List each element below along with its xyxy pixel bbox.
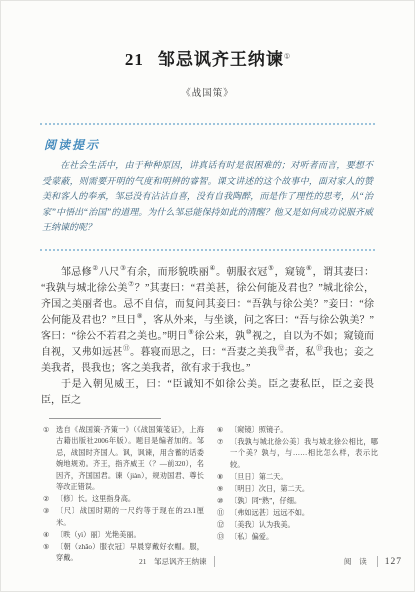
footnote-text: 选自《战国策·齐策一》（《战国策笺证》，上海古籍出版社2006年版）。题目是编者… [56,426,204,492]
footnote-ref: ② [92,265,99,272]
footnote-number: ⑪ [217,508,224,520]
footnote-item: ③〔尺〕战国时期的一尺约等于现在的23.1厘米。 [43,506,204,529]
footnote-ref: ⑧ [136,313,143,320]
footnote-item: ②〔修〕长。这里指身高。 [43,494,204,506]
footnote-number: ③ [43,506,49,518]
footnote-number: ⑫ [217,520,224,532]
footnote-item: ⑥〔窥镜〕照镜子。 [217,425,378,437]
text-paragraph-2: 于是入朝见威王，曰：“臣诚知不如徐公美。臣之妻私臣，臣之妾畏臣，臣之 [41,377,374,409]
footer-section-label: 阅 读 [344,556,370,567]
page-number: 127 [385,557,402,567]
footnote-item: ⑫〔美我〕认为我美。 [217,520,378,532]
footnote-item: ⑬〔私〕偏爱。 [217,532,378,544]
footnote-item: ⑨〔明日〕次日，第二天。 [217,484,378,496]
footnote-item: ⑦〔我孰与城北徐公美〕我与城北徐公相比，哪一个美？孰与，与……相比怎么样，表示比… [217,437,378,472]
footnote-item: ①选自《战国策·齐策一》（《战国策笺证》，上海古籍出版社2006年版）。题目是编… [43,425,204,494]
footnote-number: ④ [43,530,49,542]
footnote-number: ⑥ [217,425,223,437]
footnote-column-left: ①选自《战国策·齐策一》（《战国策笺证》，上海古籍出版社2006年版）。题目是编… [43,425,204,566]
footnote-text: 〔孰〕同“熟”，仔细。 [230,497,301,505]
page-title: 21邹忌讽齐王纳谏① [1,45,414,70]
footnote-text: 〔明日〕次日，第二天。 [230,485,309,493]
footnote-text: 〔私〕偏爱。 [230,533,273,541]
footnote-ref: ⑬ [316,345,324,352]
reading-hint-heading: 阅读提示 [44,136,373,153]
footnote-item: ④〔昳（yì）丽〕光艳美丽。 [43,530,204,542]
footnote-item: ⑩〔孰〕同“熟”，仔细。 [217,496,378,508]
footnotes: ①选自《战国策·齐策一》（《战国策笺证》，上海古籍出版社2006年版）。题目是编… [43,425,378,566]
footnote-item: ⑧〔旦日〕第二天。 [217,472,378,484]
footnote-text: 〔尺〕战国时期的一尺约等于现在的23.1厘米。 [56,507,204,527]
footnote-ref: ⑦ [128,281,135,288]
footnote-text: 〔修〕长。这里指身高。 [56,495,135,503]
footnote-number: ⑩ [217,496,223,508]
lesson-title: 邹忌讽齐王纳谏 [158,50,284,69]
footnote-number: ⑦ [217,437,223,449]
footer-section-group: 阅 读 127 [344,556,402,567]
lesson-number: 21 [125,50,144,69]
footnote-ref: ⑪ [122,345,130,352]
footnote-ref: ⑫ [277,345,285,352]
footnote-ref: ⑩ [245,329,252,336]
reading-hint-body: 在社会生活中，由于种种原因，讲真话有时是很困难的；对听者而言，要想不受蒙蔽，则需… [42,158,373,236]
footnote-number: ② [43,494,49,506]
footnote-number: ① [43,425,49,437]
footnote-ref: ⑥ [306,265,313,272]
reading-hint-box: 阅读提示 在社会生活中，由于种种原因，讲真话有时是很困难的；对听者而言，要想不受… [40,123,375,251]
text-source: 《战国策》 [1,85,414,99]
footnote-text: 〔窥镜〕照镜子。 [230,426,288,434]
footnote-number: ⑧ [217,472,223,484]
footer-lesson-label: 21 邹忌讽齐王纳谏 [139,556,207,567]
footnote-item: ⑪〔弗如远甚〕远远不如。 [217,508,378,520]
footnote-text: 〔美我〕认为我美。 [230,521,295,529]
footnote-text: 〔昳（yì）丽〕光艳美丽。 [56,531,141,539]
footnote-number: ⑬ [217,532,224,544]
footnote-ref: ⑨ [187,329,194,336]
main-text: 邹忌修②八尺③有余，而形貌昳丽④。朝服衣冠⑤，窥镜⑥，谓其妻曰：“我孰与城北徐公… [41,265,374,409]
footnote-text: 〔旦日〕第二天。 [230,473,288,481]
footnote-column-right: ⑥〔窥镜〕照镜子。 ⑦〔我孰与城北徐公美〕我与城北徐公相比，哪一个美？孰与，与…… [217,425,378,566]
footer-divider-bar [214,556,215,567]
footer-divider-bar [377,556,378,567]
text-paragraph-1: 邹忌修②八尺③有余，而形貌昳丽④。朝服衣冠⑤，窥镜⑥，谓其妻曰：“我孰与城北徐公… [41,265,374,377]
footnote-text: 〔我孰与城北徐公美〕我与城北徐公相比，哪一个美？孰与，与……相比怎么样，表示比较… [230,438,378,469]
footnote-number: ⑨ [217,484,223,496]
page-footer: 21 邹忌讽齐王纳谏 阅 读 127 [1,556,414,567]
footnote-text: 〔弗如远甚〕远远不如。 [230,509,309,517]
textbook-page: 21邹忌讽齐王纳谏① 《战国策》 阅读提示 在社会生活中，由于种种原因，讲真话有… [0,0,415,592]
footnote-ref: ④ [209,265,216,272]
footnote-number: ⑤ [43,542,49,554]
title-footnote-ref: ① [284,52,290,60]
footer-lesson-group: 21 邹忌讽齐王纳谏 [139,556,215,567]
footnote-ref: ⑤ [268,265,275,272]
footnote-divider [49,418,161,419]
footnote-ref: ③ [120,265,127,272]
